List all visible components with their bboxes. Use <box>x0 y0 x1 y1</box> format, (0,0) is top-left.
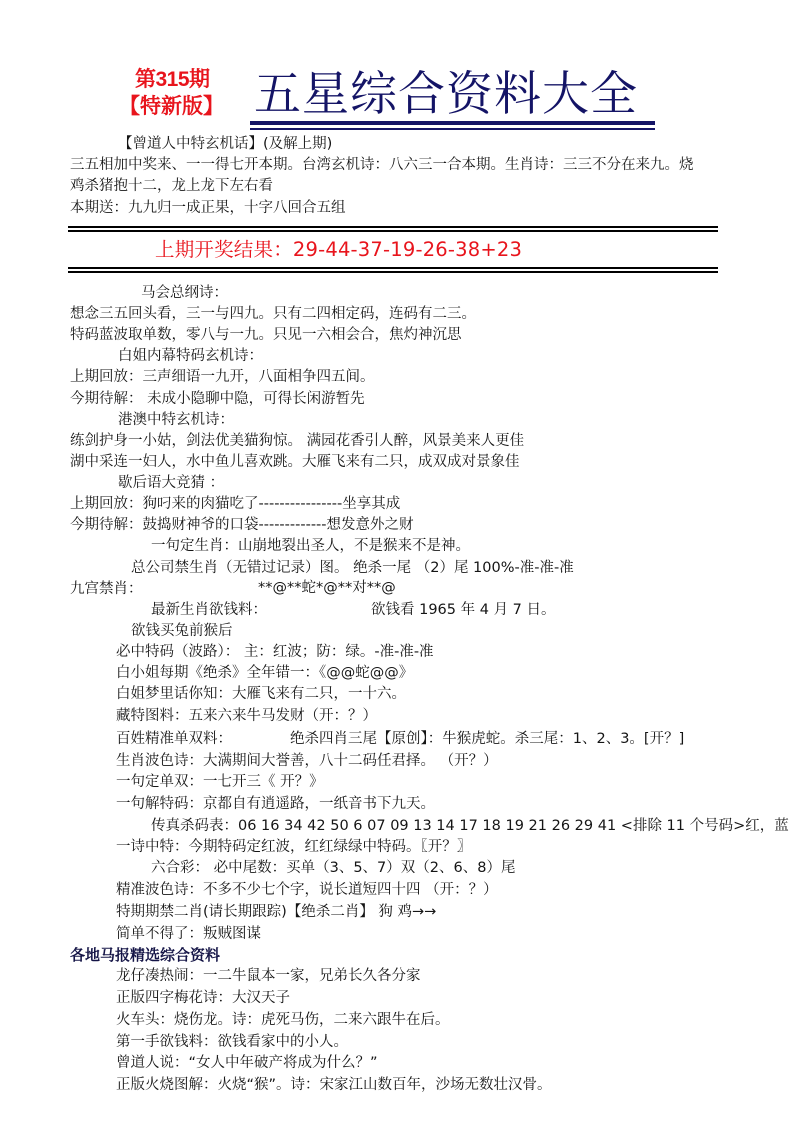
riddle-heading: 歇后语大竞猜 ： <box>118 473 224 494</box>
edition-label: 【特新版】 <box>119 90 224 120</box>
content-line: 白姐梦里话你知：大雁飞来有二只，一十六。 <box>116 684 406 705</box>
divider-top-2 <box>68 230 718 232</box>
poem-heading: 马会总纲诗： <box>141 283 228 304</box>
content-line: 白小姐每期《绝杀》全年错一：《@@蛇@@》 <box>116 663 413 684</box>
content-line: 特码蓝波取单数，零八与一九。只见一六相会合，焦灼神沉思 <box>70 325 462 346</box>
content-line: 总公司禁生肖（无错过记录）图。 绝杀一尾 （2）尾 100%-准-准-准 <box>131 558 574 579</box>
content-line: 第一手欲钱料：欲钱看家中的小人。 <box>116 1032 348 1053</box>
content-line: 欲钱买兔前猴后 <box>131 621 233 642</box>
content-line: 今期待解：鼓捣财神爷的口袋-------------想发意外之财 <box>70 515 414 536</box>
poem-heading: 港澳中特玄机诗： <box>118 410 234 431</box>
content-line: 龙仔凑热闹：一二牛鼠本一家，兄弟长久各分家 <box>116 966 421 987</box>
intro-line: 三五相加中奖来、一一得七开本期。台湾玄机诗：八六三一合本期。生肖诗：三三不分在来… <box>70 155 694 176</box>
title-underline-thick <box>250 121 655 125</box>
content-line: 练剑护身一小姑，剑法优美猫狗惊。 满园花香引人醉，风景美来人更佳 <box>70 431 524 452</box>
section-heading: 各地马报精选综合资料 <box>70 944 220 965</box>
content-value: 欲钱看 1965 年 4 月 7 日。 <box>371 600 556 621</box>
page-title: 五星综合资料大全 <box>254 69 638 121</box>
content-line: 一句解特码：京都自有逍遥路，一纸音书下九天。 <box>116 794 435 815</box>
divider-bottom-2 <box>68 271 718 273</box>
poem-heading: 白姐内幕特码玄机诗： <box>118 346 263 367</box>
divider-top-1 <box>68 226 718 228</box>
intro-heading: 【曾道人中特玄机话】(及解上期) <box>118 134 332 155</box>
divider-bottom-1 <box>68 267 718 269</box>
content-value: 绝杀四肖三尾【原创】：牛猴虎蛇。杀三尾：1、2、3。[开？] <box>290 729 684 750</box>
content-line: 火车头：烧伤龙。诗：虎死马伤，二来六跟牛在后。 <box>116 1010 450 1031</box>
content-line: 正版四字梅花诗：大汉天子 <box>116 988 290 1009</box>
content-label: 百姓精准单双料： <box>116 729 232 750</box>
content-line: 必中特码（波路）： 主：红波；防：绿。-准-准-准 <box>116 642 434 663</box>
intro-line: 本期送：九九归一成正果，十字八回合五组 <box>70 198 346 219</box>
intro-line: 鸡杀猪抱十二，龙上龙下左右看 <box>70 176 273 197</box>
content-line: 生肖波色诗：大满期间大誉善，八十二码任君择。 （开？） <box>116 751 498 772</box>
content-line: 想念三五回头看，三一与四九。只有二四相定码，连码有二三。 <box>70 304 476 325</box>
content-label: 最新生肖欲钱料： <box>151 600 267 621</box>
issue-number: 第315期 <box>135 63 210 93</box>
content-line: 一诗中特：今期特码定红波，红红绿绿中特码。〖开？〗 <box>116 837 471 858</box>
last-draw-result: 上期开奖结果：29-44-37-19-26-38+23 <box>155 234 522 262</box>
content-line: 精准波色诗：不多不少七个字，说长道短四十四 （开：？） <box>116 880 498 901</box>
content-line: 特期期禁二肖(请长期跟踪)【绝杀二肖】 狗 鸡→→ <box>116 902 436 923</box>
content-line: 传真杀码表：06 16 34 42 50 6 07 09 13 14 17 18… <box>151 816 789 837</box>
content-line: 今期待解： 未成小隐聊中隐，可得长闲游暂先 <box>70 389 365 410</box>
title-underline-thin <box>250 128 655 130</box>
content-line: 上期回放：狗叼来的肉猫吃了----------------坐享其成 <box>70 494 400 515</box>
content-line: 上期回放：三声细语一九开，八面相争四五间。 <box>70 367 375 388</box>
content-line: 简单不得了：叛贼图谋 <box>116 924 261 945</box>
content-value: **@**蛇*@**对**@ <box>258 578 396 599</box>
content-line: 一句定单双：一七开三《 开？》 <box>116 772 324 793</box>
content-line: 一句定生肖：山崩地裂出圣人，不是猴来不是神。 <box>151 536 470 557</box>
content-label: 九宫禁肖： <box>70 579 143 600</box>
content-line: 藏特图料：五来六来牛马发财（开：？） <box>116 706 377 727</box>
content-line: 六合彩： 必中尾数：买单（3、5、7）双（2、6、8）尾 <box>151 858 515 879</box>
content-line: 湖中采连一妇人，水中鱼儿喜欢跳。大雁飞来有二只，成双成对景象佳 <box>70 452 520 473</box>
content-line: 曾道人说：“女人中年破产将成为什么？” <box>116 1053 378 1074</box>
content-line: 正版火烧图解：火烧“猴”。诗：宋家江山数百年，沙场无数壮汉骨。 <box>116 1075 552 1096</box>
